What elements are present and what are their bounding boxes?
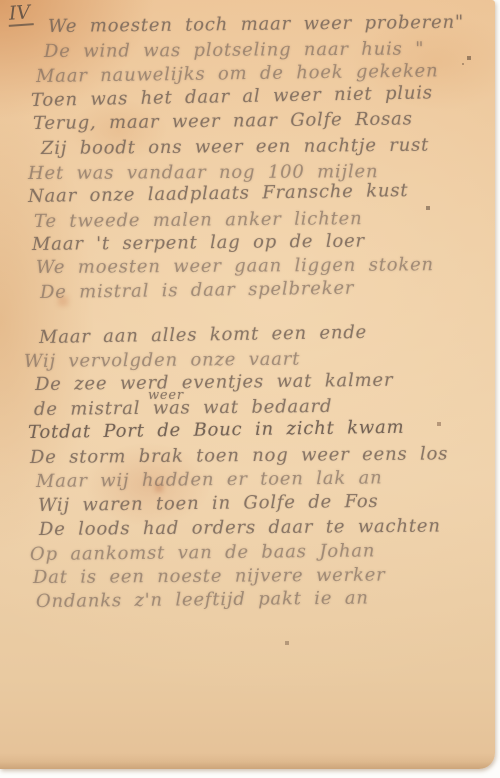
poem-line: de mistral was wat bedaard bbox=[34, 396, 333, 420]
poem-line: We moesten weer gaan liggen stoken bbox=[36, 254, 434, 278]
poem-line: De loods had orders daar te wachten bbox=[39, 515, 441, 540]
poem-line: Toen was het daar al weer niet pluis bbox=[31, 82, 433, 111]
poem-line: Wij waren toen in Golfe de Fos bbox=[38, 491, 379, 516]
poem-line: Wij vervolgden onze vaart bbox=[24, 349, 300, 372]
manuscript-page: IV We moesten toch maar weer proberen" D… bbox=[0, 0, 495, 769]
poem-line: Te tweede malen anker lichten bbox=[34, 208, 363, 232]
poem-line: Maar 't serpent lag op de loer bbox=[32, 231, 365, 255]
paper-stain-specks bbox=[0, 0, 2, 2]
poem-line: We moesten toch maar weer proberen" bbox=[48, 12, 464, 37]
poem-line: Dat is een noeste nijvere werker bbox=[33, 565, 386, 588]
poem-line: Zij boodt ons weer een nachtje rust bbox=[41, 135, 429, 159]
poem-line: De mistral is daar spelbreker bbox=[40, 278, 355, 303]
poem-line: De wind was plotseling naar huis " bbox=[44, 38, 424, 62]
poem-line: Maar wij hadden er toen lak an bbox=[36, 467, 383, 492]
poem-line: Totdat Port de Bouc in zicht kwam bbox=[28, 417, 405, 443]
poem-line: Maar aan alles komt een ende bbox=[39, 322, 367, 348]
poem-line: De storm brak toen nog weer eens los bbox=[30, 443, 448, 468]
poem-line: De zee werd eventjes wat kalmer bbox=[35, 370, 394, 395]
poem-line: Op aankomst van de baas Johan bbox=[30, 540, 375, 565]
poem-line: Naar onze laadplaats Fransche kust bbox=[28, 180, 409, 207]
poem-line: Ondanks z'n leeftijd pakt ie an bbox=[36, 588, 369, 612]
poem-line: Terug, maar weer naar Golfe Rosas bbox=[33, 108, 413, 134]
page-number: IV bbox=[7, 1, 34, 27]
